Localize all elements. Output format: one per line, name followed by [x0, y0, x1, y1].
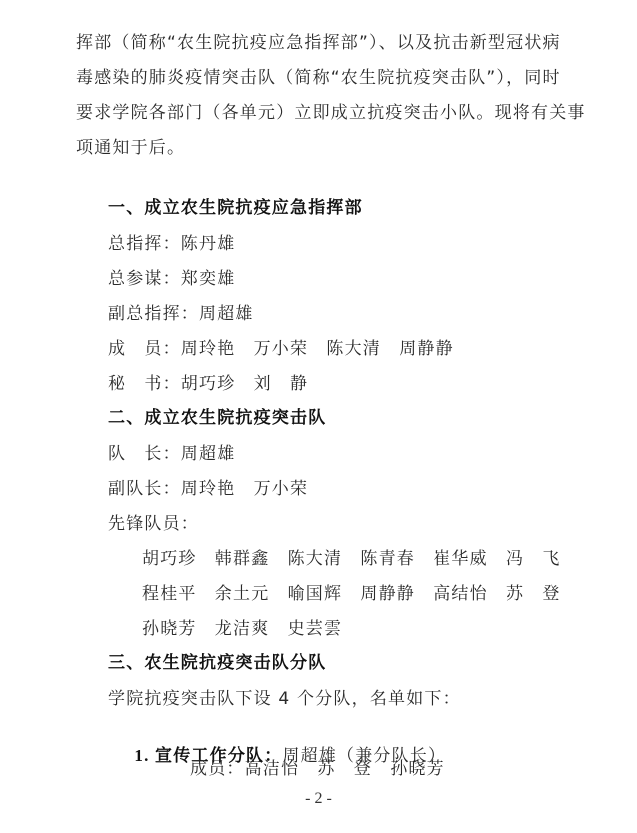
- section3-intro: 学院抗疫突击队下设 4 个分队，名单如下：: [108, 688, 461, 710]
- intro-line-2: 毒感染的肺炎疫情突击队（简称“农生院抗疫突击队”），同时: [76, 67, 561, 89]
- section2-heading: 二、成立农生院抗疫突击队: [108, 407, 326, 429]
- section1-row-deputy-commander: 副总指挥：周超雄: [108, 303, 254, 325]
- vanguard-line-3: 孙晓芳 龙洁爽 史芸雲: [142, 618, 342, 640]
- section1-row-secretary: 秘 书：胡巧珍 刘 静: [108, 373, 308, 395]
- team1-members: 成员：高洁怡 苏 登 孙晓芳: [190, 758, 445, 780]
- page-number: - 2 -: [0, 790, 637, 808]
- section2-row-vice-captain: 副队长：周玲艳 万小荣: [108, 478, 308, 500]
- section1-row-members: 成 员：周玲艳 万小荣 陈大清 周静静: [108, 338, 454, 360]
- intro-line-4: 项通知于后。: [76, 137, 185, 159]
- section1-heading: 一、成立农生院抗疫应急指挥部: [108, 197, 363, 219]
- section2-row-vanguard-label: 先锋队员：: [108, 513, 199, 535]
- section2-row-captain: 队 长：周超雄: [108, 443, 235, 465]
- intro-line-3: 要求学院各部门（各单元）立即成立抗疫突击小队。现将有关事: [76, 102, 586, 124]
- vanguard-line-1: 胡巧珍 韩群鑫 陈大清 陈青春 崔华威 冯 飞: [142, 548, 561, 570]
- section1-row-chief-advisor: 总参谋：郑奕雄: [108, 268, 235, 290]
- section1-row-commander: 总指挥：陈丹雄: [108, 233, 235, 255]
- intro-line-1: 挥部（简称“农生院抗疫应急指挥部”）、以及抗击新型冠状病: [76, 32, 561, 54]
- section3-heading: 三、农生院抗疫突击队分队: [108, 652, 326, 674]
- vanguard-line-2: 程桂平 余土元 喻国辉 周静静 高结怡 苏 登: [142, 583, 561, 605]
